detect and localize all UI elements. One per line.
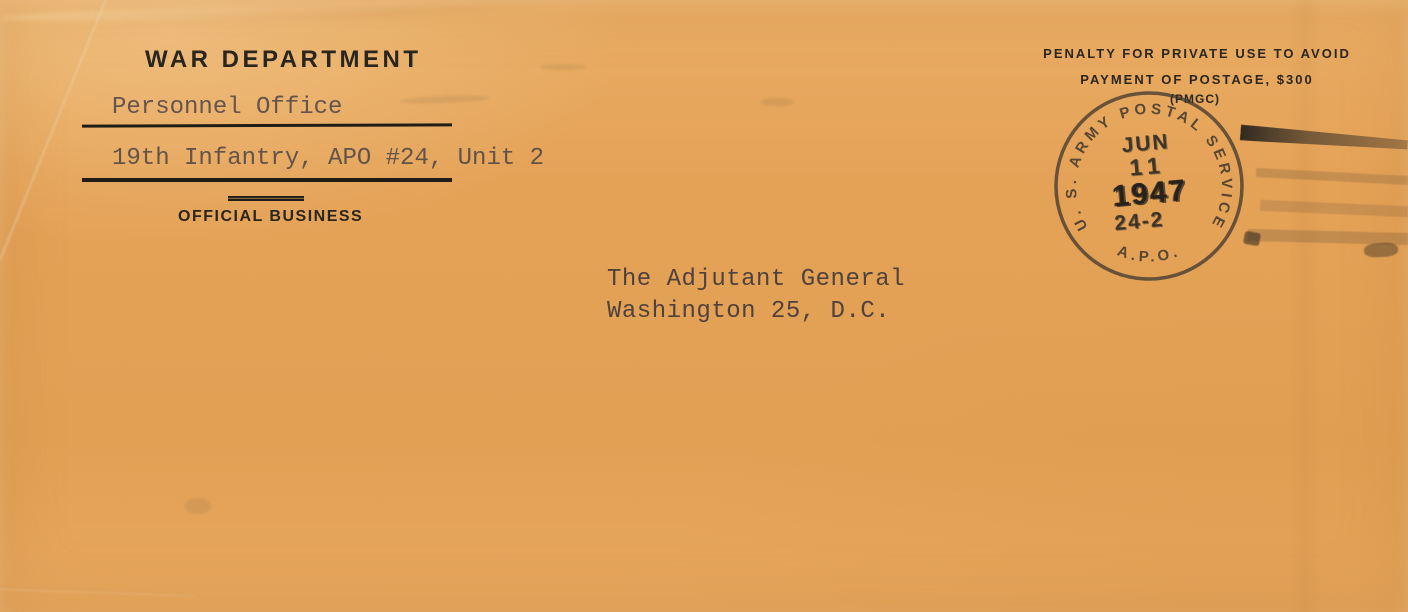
crease-top-left	[0, 0, 106, 260]
ink-smudge	[760, 98, 794, 106]
recipient-line-1: The Adjutant General	[607, 264, 905, 296]
postmark-stamp: U. S. ARMY POSTAL SERVICE A.P.O. JUN 11 …	[1039, 76, 1259, 296]
cancellation-ink-blob	[1364, 242, 1399, 258]
official-business-rule	[228, 196, 304, 201]
cancellation-bar	[1248, 229, 1408, 245]
crease-bottom-left	[0, 587, 194, 597]
svg-text:A.P.O.: A.P.O.	[1115, 242, 1183, 265]
sender-office-typed: Personnel Office	[112, 94, 342, 121]
sender-rule-line	[82, 123, 452, 127]
sender-rule-line	[82, 178, 452, 182]
ink-smudge	[540, 64, 586, 70]
cancellation-bar	[1240, 124, 1408, 153]
envelope-scan: WAR DEPARTMENT Personnel Office 19th Inf…	[0, 0, 1408, 612]
recipient-line-2: Washington 25, D.C.	[607, 296, 905, 328]
sender-unit-typed: 19th Infantry, APO #24, Unit 2	[112, 145, 544, 172]
crease-right-side	[1288, 0, 1322, 612]
paper-smudge	[185, 498, 211, 514]
ink-smudge	[400, 94, 490, 104]
postmark-date-block: JUN 11 1947 24-2	[1065, 126, 1233, 240]
official-business-label: OFFICIAL BUSINESS	[178, 208, 363, 226]
penalty-line-1: PENALTY FOR PRIVATE USE TO AVOID	[1036, 46, 1358, 61]
crease-top-edge	[0, 1, 560, 25]
sender-department: WAR DEPARTMENT	[145, 46, 422, 74]
cancellation-bar	[1260, 200, 1408, 217]
recipient-address: The Adjutant General Washington 25, D.C.	[607, 264, 905, 328]
postmark-ring-bottom-text: A.P.O.	[1115, 242, 1183, 265]
cancellation-bar	[1256, 168, 1408, 185]
